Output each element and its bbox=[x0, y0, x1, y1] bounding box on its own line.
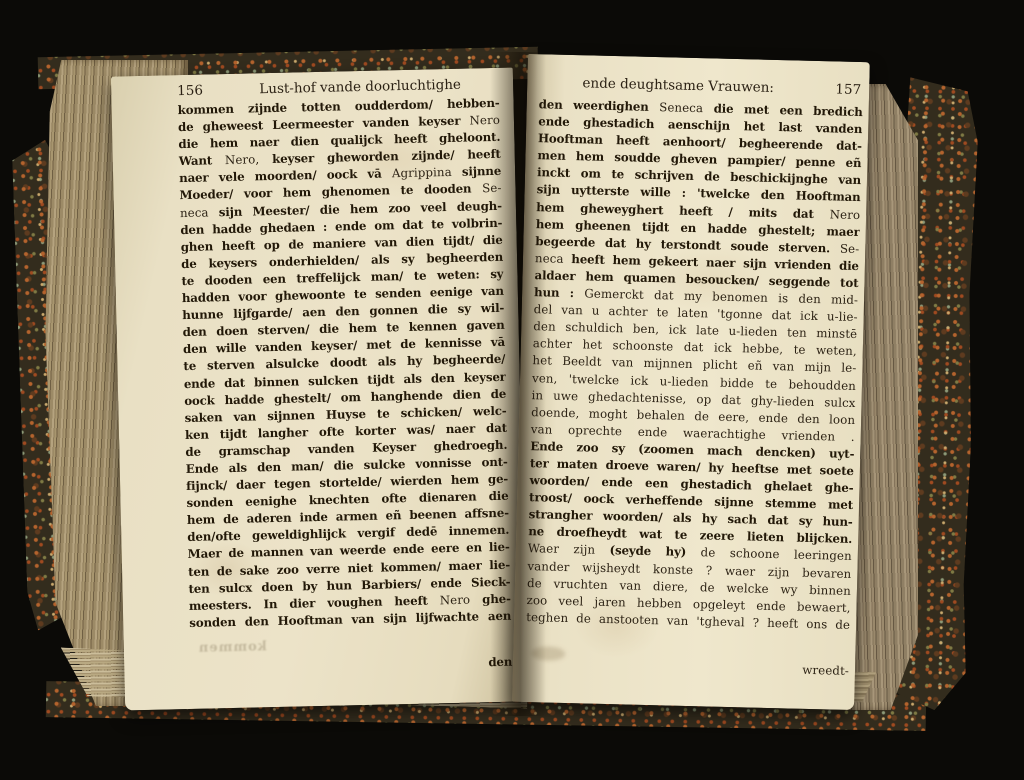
text-block-right: den weerdighen Seneca die met een bredic… bbox=[526, 96, 863, 634]
catchword-left-row: den bbox=[190, 653, 512, 678]
catchword-left: den bbox=[488, 655, 512, 670]
text-block-left: kommen zijnde totten oudderdom/ hebben-d… bbox=[177, 95, 511, 632]
catchword-right: wreedt- bbox=[802, 663, 849, 678]
book-photo: 156 Lust-hof vande doorluchtighe kommen … bbox=[0, 0, 1024, 780]
page-number-right: 157 bbox=[817, 81, 861, 98]
right-page: ende deughtsame Vrauwen: 157 den weerdig… bbox=[512, 54, 870, 710]
running-title-right: ende deughtsame Vrauwen: bbox=[539, 74, 817, 97]
left-page: 156 Lust-hof vande doorluchtighe kommen … bbox=[111, 68, 527, 711]
running-head-right: ende deughtsame Vrauwen: 157 bbox=[539, 74, 861, 98]
catchword-right-row: wreedt- bbox=[525, 654, 849, 680]
ink-bleedthrough: kommen bbox=[198, 639, 267, 656]
page-number-left: 156 bbox=[177, 82, 221, 99]
